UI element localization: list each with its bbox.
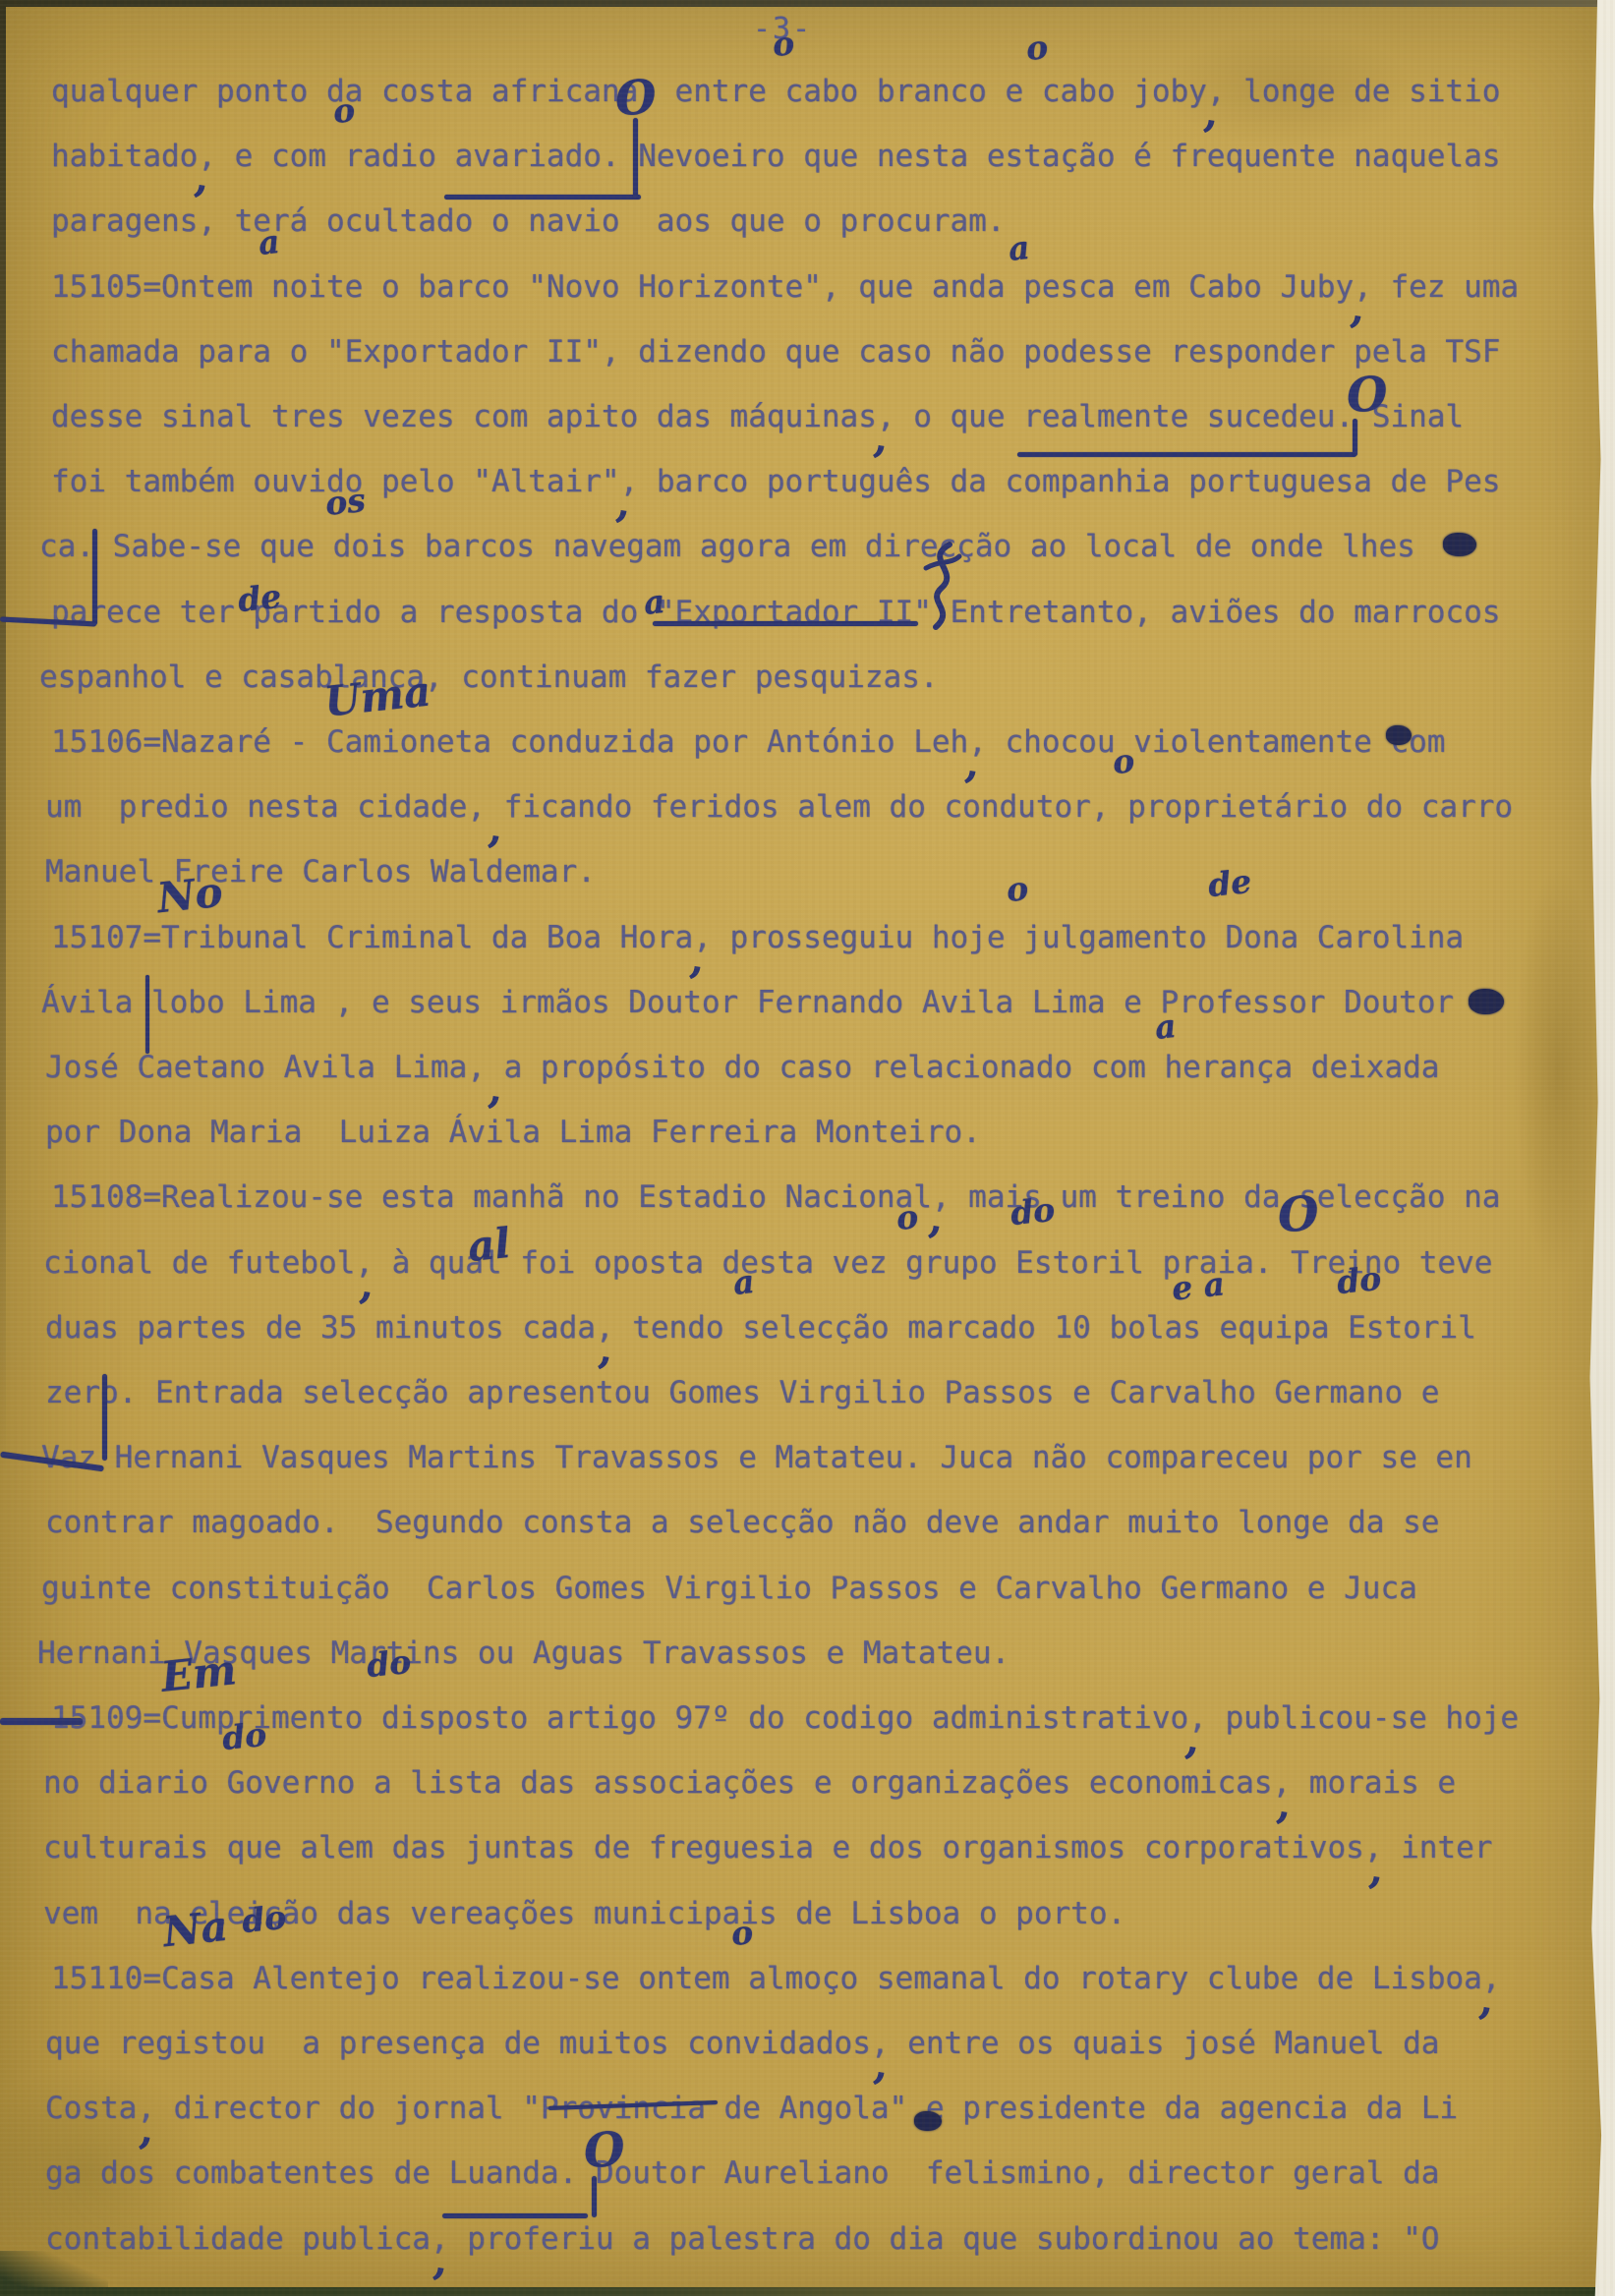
typed-line: chamada para o "Exportador II", dizendo … <box>51 334 1500 377</box>
paper-stain <box>1514 865 1602 1278</box>
typed-line: ca. Sabe-se que dois barcos navegam agor… <box>39 529 1415 572</box>
handwritten-flourish <box>912 539 967 633</box>
hand-underline-avariado <box>444 195 641 200</box>
typed-line: no diario Governo a lista das associaçõe… <box>43 1765 1456 1808</box>
typed-line: habitado, e com radio avariado. Nevoeiro… <box>51 139 1500 182</box>
hand-insertion: de <box>1206 865 1252 901</box>
hand-insertion: a <box>257 225 281 259</box>
typed-line: 15106=Nazaré - Camioneta conduzida por A… <box>51 724 1445 768</box>
hand-insertion: o <box>1024 30 1049 65</box>
page-bottom-edge <box>0 2287 1615 2296</box>
hand-insertion: No <box>155 872 224 920</box>
hand-insertion: o <box>729 1916 754 1950</box>
typed-line: duas partes de 35 minutos cada, tendo se… <box>45 1310 1476 1353</box>
margin-bracket-vertical <box>92 529 97 625</box>
hand-insertion: Em <box>159 1649 238 1698</box>
hand-insertion: o <box>1005 872 1029 906</box>
hand-stroke <box>633 118 638 199</box>
hand-insertion: a <box>731 1265 756 1299</box>
typed-line: Vaz Hernani Vasques Martins Travassos e … <box>41 1440 1472 1483</box>
typed-line: Ávila lobo Lima , e seus irmãos Doutor F… <box>41 985 1454 1028</box>
typed-line: 15107=Tribunal Criminal da Boa Hora, pro… <box>51 920 1464 963</box>
typed-line: um predio nesta cidade, ficando feridos … <box>45 789 1513 832</box>
hand-stroke <box>592 2176 597 2217</box>
typed-line: contabilidade publica, proferiu a palest… <box>45 2221 1439 2265</box>
hand-paragraph-mark: O <box>1276 1190 1320 1240</box>
hand-insertion: o <box>771 27 795 61</box>
typed-line: 15109=Cumprimento disposto artigo 97º do… <box>51 1700 1519 1744</box>
hand-insertion: Uma <box>322 670 433 722</box>
typed-line: culturais que alem das juntas de fregues… <box>43 1830 1492 1873</box>
typed-line: qualquer ponto da costa africana, entre … <box>51 74 1500 117</box>
hand-paragraph-mark: O <box>613 74 658 124</box>
typed-line: 15105=Ontem noite o barco "Novo Horizont… <box>51 269 1519 313</box>
typed-line: contrar magoado. Segundo consta a selecç… <box>45 1505 1439 1548</box>
ink-blot <box>914 2111 942 2131</box>
margin-dash <box>0 1718 83 1725</box>
hand-insertion: a <box>1007 231 1031 265</box>
typed-line: espanhol e casablanca, continuam fazer p… <box>39 660 939 703</box>
typed-line: que registou a presença de muitos convid… <box>45 2026 1439 2069</box>
typed-line: foi também ouvido pelo "Altair", barco p… <box>51 464 1500 507</box>
typed-line: ga dos combatentes de Luanda. Doutor Aur… <box>45 2155 1439 2199</box>
hand-insertion: do <box>365 1645 412 1683</box>
typed-line: Manuel Freire Carlos Waldemar. <box>45 854 596 897</box>
hand-insertion: de <box>236 580 282 616</box>
hand-insertion: Na <box>161 1906 230 1954</box>
hand-underline-exportador <box>653 621 918 626</box>
hand-insertion: o <box>1111 744 1135 778</box>
hand-underline-sucedeu <box>1017 452 1356 457</box>
ink-blot <box>1386 725 1412 745</box>
hand-insertion: do <box>220 1718 267 1755</box>
hand-paragraph-mark: O <box>582 2126 626 2176</box>
ink-blot <box>1469 989 1504 1014</box>
ink-blot <box>1443 533 1476 556</box>
hand-insertion: do <box>240 1901 287 1938</box>
hand-underline-luanda <box>442 2213 588 2218</box>
typed-line: guinte constituição Carlos Gomes Virgili… <box>41 1571 1417 1614</box>
typed-line: 15110=Casa Alentejo realizou-se ontem al… <box>51 1961 1500 2004</box>
hand-insertion: a <box>642 585 666 619</box>
typed-line: Costa, director do jornal "Provincia de … <box>45 2091 1458 2134</box>
hand-paragraph-mark: O <box>1345 371 1389 421</box>
hand-insertion: os <box>323 484 367 520</box>
hand-insertion: a <box>1153 1009 1178 1044</box>
typed-line: José Caetano Avila Lima, a propósito do … <box>45 1050 1439 1093</box>
typed-line: cional de futebol, à qual foi oposta des… <box>43 1245 1492 1289</box>
document-page: -3- qualquer ponto da costa africana, en… <box>0 0 1615 2296</box>
page-left-edge <box>0 0 6 1474</box>
hand-insertion: o <box>894 1200 919 1234</box>
hand-insertion: o <box>331 93 356 128</box>
margin-bracket-vertical <box>102 1374 107 1461</box>
hand-word-separator <box>145 975 149 1054</box>
page-top-edge <box>0 0 1615 7</box>
hand-correction: al <box>466 1223 512 1268</box>
typed-line: por Dona Maria Luiza Ávila Lima Ferreira… <box>45 1115 981 1158</box>
typed-line: desse sinal tres vezes com apito das máq… <box>51 399 1464 442</box>
torn-right-edge <box>1586 0 1615 2296</box>
hand-insertion: e a <box>1170 1267 1226 1304</box>
typed-line: zero. Entrada selecção apresentou Gomes … <box>45 1375 1439 1418</box>
hand-stroke <box>1353 419 1357 456</box>
hand-insertion: do <box>1009 1193 1056 1231</box>
hand-insertion: do <box>1335 1262 1382 1299</box>
typed-line: paragens, terá ocultado o navio aos que … <box>51 203 1006 247</box>
